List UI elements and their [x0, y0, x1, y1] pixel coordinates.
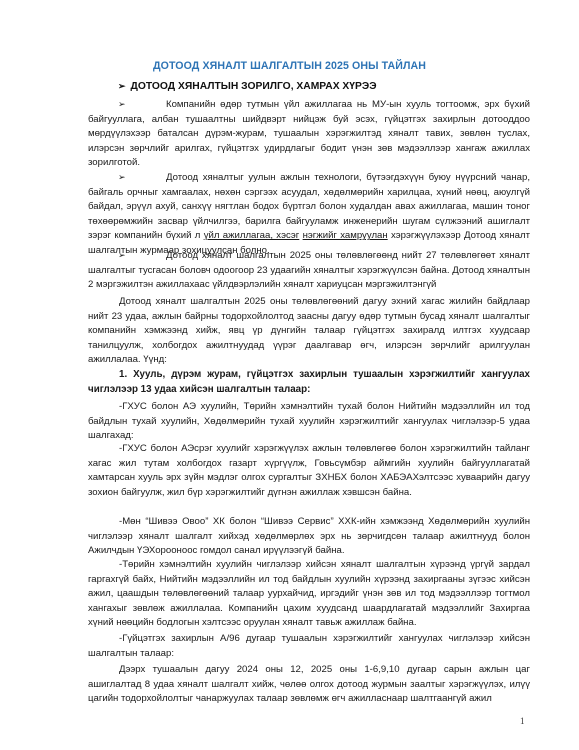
body-block-3: ➢Дотоод хяналт шалгалтын 2025 оны төлөвл…	[88, 248, 530, 293]
arrow-bullet-icon: ➢	[118, 248, 166, 263]
arrow-bullet-icon: ➢	[118, 97, 166, 112]
report-title: ДОТООД ХЯНАЛТ ШАЛГАЛТЫН 2025 ОНЫ ТАЙЛАН	[0, 60, 579, 72]
paragraph-laws: -ГХУС болон АЭ хуулийн, Төрийн хэмнэлтий…	[88, 400, 530, 444]
body-block-4: Дотоод хяналт шалгалтын 2025 оны төлөвлө…	[88, 295, 530, 368]
paragraph-labor: -Мөн “Шивээ Овоо” ХК болон “Шивээ Сервис…	[88, 515, 530, 559]
body-block-6: -ГХУС болон АЭ хуулийн, Төрийн хэмнэлтий…	[88, 400, 530, 444]
body-block-5: 1. Хууль, дүрэм журам, гүйцэтгэх захирлы…	[88, 368, 530, 397]
paragraph-anticorruption: -ГХУС болон АЭсрэг хуулийг хэрэгжүүлэх а…	[88, 442, 530, 500]
numbered-heading-1: 1. Хууль, дүрэм журам, гүйцэтгэх захирлы…	[88, 368, 530, 397]
arrow-bullet-icon: ➢	[118, 81, 126, 91]
body-block-10: -Гүйцэтгэх захирлын А/96 дугаар тушаалын…	[88, 632, 530, 661]
paragraph-plan: ➢Дотоод хяналт шалгалтын 2025 оны төлөвл…	[88, 248, 530, 293]
paragraph-scope: ➢Дотоод хяналтыг уулын ажлын технологи, …	[88, 170, 530, 259]
body-block-7: -ГХУС болон АЭсрэг хуулийг хэрэгжүүлэх а…	[88, 442, 530, 500]
paragraph-purpose: ➢Компанийн өдөр тутмын үйл ажиллагаа нь …	[88, 97, 530, 171]
paragraph-transparency: -Төрийн хэмнэлтийн хуулийн чиглэлээр хий…	[88, 558, 530, 631]
paragraph-order-a96: -Гүйцэтгэх захирлын А/96 дугаар тушаалын…	[88, 632, 530, 661]
body-block-8: -Мөн “Шивээ Овоо” ХК болон “Шивээ Сервис…	[88, 515, 530, 559]
underlined-text: үйл ажиллагаа, хэсэг	[204, 230, 300, 241]
body-block-9: -Төрийн хэмнэлтийн хуулийн чиглэлээр хий…	[88, 558, 530, 631]
body-block-11: Дээрх тушаалын дагуу 2024 оны 12, 2025 о…	[88, 663, 530, 707]
underlined-text: нэгжийг хамруулан	[303, 230, 388, 241]
section-heading-text: ДОТООД ХЯНАЛТЫН ЗОРИЛГО, ХАМРАХ ХҮРЭЭ	[131, 81, 377, 92]
body-block-1: ➢Компанийн өдөр тутмын үйл ажиллагаа нь …	[88, 97, 530, 171]
section-heading: ➢ДОТООД ХЯНАЛТЫН ЗОРИЛГО, ХАМРАХ ХҮРЭЭ	[118, 81, 377, 92]
paragraph-summary: Дотоод хяналт шалгалтын 2025 оны төлөвлө…	[88, 295, 530, 368]
arrow-bullet-icon: ➢	[118, 170, 166, 185]
page-number: 1	[520, 716, 525, 726]
body-block-2: ➢Дотоод хяналтыг уулын ажлын технологи, …	[88, 170, 530, 259]
paragraph-worktime: Дээрх тушаалын дагуу 2024 оны 12, 2025 о…	[88, 663, 530, 707]
document-page: ДОТООД ХЯНАЛТ ШАЛГАЛТЫН 2025 ОНЫ ТАЙЛАН …	[0, 0, 579, 750]
